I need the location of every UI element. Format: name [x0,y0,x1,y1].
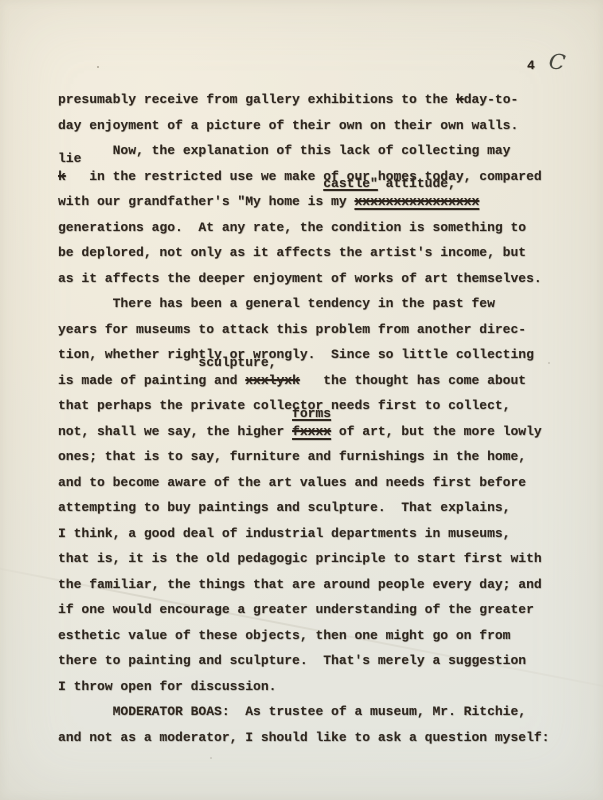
typed-segment: that perhaps the private collector needs… [58,398,510,413]
typed-line: with our grandfather's "My home is my xx… [58,189,589,215]
typed-line: is made of painting and xxxlyxk the thou… [58,368,589,394]
typed-segment: I think, a good deal of industrial depar… [58,526,510,541]
typed-segment: day-to- [464,92,519,107]
typed-line: esthetic value of these objects, then on… [58,623,589,649]
typed-line: ones; that is to say, furniture and furn… [58,444,589,470]
interlinear-insertion: attitude, [378,177,456,190]
typed-line: presumably receive from gallery exhibiti… [58,87,589,113]
interlinear-insertion: castle" [323,177,378,190]
typed-segment: not, shall we say, the higher [58,424,292,439]
typed-line: there to painting and sculpture. That's … [58,648,589,674]
typed-segment: years for museums to attack this problem… [58,322,526,337]
struck-text: xxxlyxk [245,373,300,388]
typed-segment: in the restricted use we make of our hom… [66,169,542,184]
typed-line: and to become aware of the art values an… [58,470,589,496]
typed-segment: generations ago. At any rate, the condit… [58,220,526,235]
typed-segment: the familiar, the things that are around… [58,577,542,592]
typed-segment: I throw open for discussion. [58,679,276,694]
typed-text-body: presumably receive from gallery exhibiti… [58,87,589,750]
typed-segment: be deplored, not only as it affects the … [58,245,526,260]
typed-line: be deplored, not only as it affects the … [58,240,589,266]
typed-line: There has been a general tendency in the… [58,291,589,317]
typed-segment: and not as a moderator, I should like to… [58,730,549,745]
typed-segment: There has been a general tendency in the… [58,296,495,311]
typed-line: Now, the explanation of this lack of col… [58,138,589,164]
typed-line: tion, whether rightly or wrongly. Since … [58,342,589,368]
typed-line: that is, it is the old pedagogic princip… [58,546,589,572]
typed-line: and not as a moderator, I should like to… [58,725,589,751]
typed-segment: attempting to buy paintings and sculptur… [58,500,510,515]
interlinear-insertion: lie [58,152,81,165]
typed-segment: as it affects the deeper enjoyment of wo… [58,271,542,286]
typed-segment: Now, the explanation of this lack of col… [58,143,510,158]
typed-line: day enjoyment of a picture of their own … [58,113,589,139]
typed-segment: MODERATOR BOAS: As trustee of a museum, … [58,704,526,719]
typed-line: MODERATOR BOAS: As trustee of a museum, … [58,699,589,725]
typed-segment: of art, but the more lowly [331,424,542,439]
typed-line: I throw open for discussion. [58,674,589,700]
typed-line: generations ago. At any rate, the condit… [58,215,589,241]
typed-segment: is made of painting and [58,373,245,388]
typed-segment: ones; that is to say, furniture and furn… [58,449,526,464]
typed-segment: day enjoyment of a picture of their own … [58,118,518,133]
typed-line: if one would encourage a greater underst… [58,597,589,623]
typed-segment: that is, it is the old pedagogic princip… [58,551,542,566]
typed-line: attempting to buy paintings and sculptur… [58,495,589,521]
struck-text: k [456,92,464,107]
struck-text: k [58,169,66,184]
typed-segment: esthetic value of these objects, then on… [58,628,510,643]
typed-segment: presumably receive from gallery exhibiti… [58,92,456,107]
typed-segment: tion, whether rightly or wrongly. Since … [58,347,534,362]
document-page: 4 C presumably receive from gallery exhi… [0,0,603,800]
interlinear-insertion: forms [292,407,331,420]
typed-segment: and to become aware of the art values an… [58,475,526,490]
page-number: 4 [527,58,535,73]
typed-line: as it affects the deeper enjoyment of wo… [58,266,589,292]
typed-line: I think, a good deal of industrial depar… [58,521,589,547]
typed-line: the familiar, the things that are around… [58,572,589,598]
paper-speck [210,757,212,759]
handwritten-mark-c: C [547,49,567,75]
typed-segment: with our grandfather's "My home is my [58,194,354,209]
interlinear-insertion: sculpture, [198,356,276,369]
struck-text: fxxxx [292,424,331,439]
typed-line: not, shall we say, the higher fxxxx of a… [58,419,589,445]
typed-line: years for museums to attack this problem… [58,317,589,343]
paper-speck [97,66,99,68]
typed-segment: there to painting and sculpture. That's … [58,653,526,668]
typed-segment: if one would encourage a greater underst… [58,602,534,617]
struck-text: xxxxxxxxxxxxxxxx [354,194,479,209]
typed-segment: the thought has come about [300,373,526,388]
